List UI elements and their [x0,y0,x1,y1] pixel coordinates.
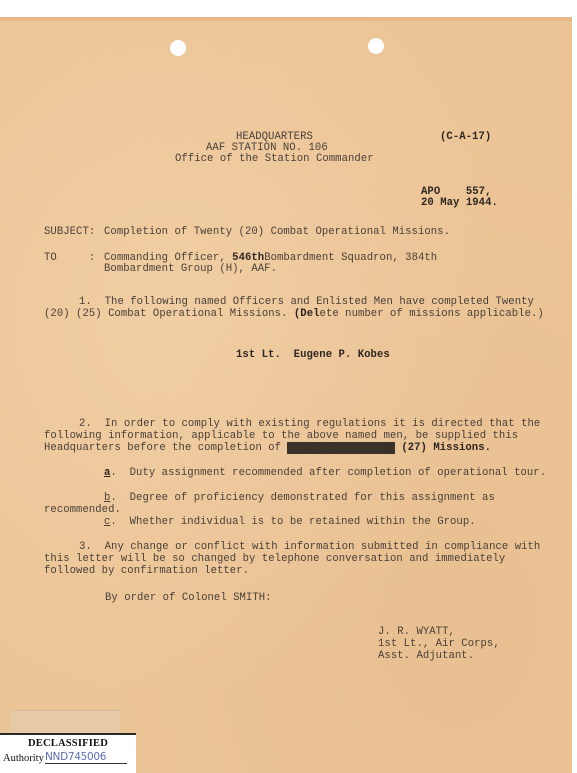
para1-delete-bold: (Del [294,308,320,320]
subject-label: SUBJECT: [44,226,95,238]
form-code: (C-A-17) [440,131,491,143]
item-a-text: . Duty assignment recommended after comp… [110,467,546,479]
para2-line-3-text: Headquarters before the completion of [44,442,287,454]
para1-line-2-text: (20) (25) Combat Operational Missions. [44,308,294,320]
para3-line-1: 3. Any change or conflict with informati… [79,541,540,553]
tape-strip [10,710,120,735]
declassified-title: DECLASSIFIED [0,738,136,749]
signature-name: J. R. WYATT, [378,626,455,638]
signature-title: Asst. Adjutant. [378,650,474,662]
to-line-2: Bombardment Group (H), AAF. [104,263,277,275]
para2-line-2: following information, applicable to the… [44,430,518,442]
item-c: c. Whether individual is to be retained … [104,516,476,528]
para3-line-3: followed by confirmation letter. [44,565,249,577]
para2-line-1: 2. In order to comply with existing regu… [79,418,540,430]
item-a: a. Duty assignment recommended after com… [104,467,546,479]
authority-value: NND745006 [45,751,127,764]
signature-rank: 1st Lt., Air Corps, [378,638,500,650]
to-colon: : [89,252,95,264]
squadron-text: Bombardment Squadron, 384th [264,252,437,264]
subject-text: Completion of Twenty (20) Combat Operati… [104,226,450,238]
punch-hole-left [170,40,186,56]
declassified-stamp: DECLASSIFIED Authority NND745006 [0,733,136,773]
para1-line-2: (20) (25) Combat Operational Missions. (… [44,308,544,320]
punch-hole-right [368,38,384,54]
named-officer: 1st Lt. Eugene P. Kobes [236,349,390,361]
by-order-line: By order of Colonel SMITH: [105,592,272,604]
authority-label: Authority [3,753,44,764]
item-c-text: . Whether individual is to be retained w… [110,516,475,528]
item-b: b. Degree of proficiency demonstrated fo… [104,492,495,504]
item-b-continuation: recommended. [44,504,121,516]
para1-line-1: 1. The following named Officers and Enli… [79,296,534,308]
page-top-edge [0,17,572,21]
struck-over-text: twenty-two (22) or [287,442,394,454]
letterhead-office: Office of the Station Commander [175,153,374,165]
para1-delete-rest: ete number of missions applicable.) [320,308,544,320]
para2-line-3: Headquarters before the completion of tw… [44,442,491,454]
item-b-text: . Degree of proficiency demonstrated for… [110,492,494,504]
mission-count: (27) Missions. [395,442,491,454]
to-label: TO [44,252,57,264]
letter-date: 20 May 1944. [421,197,498,209]
para3-line-2: this letter will be so changed by teleph… [44,553,505,565]
